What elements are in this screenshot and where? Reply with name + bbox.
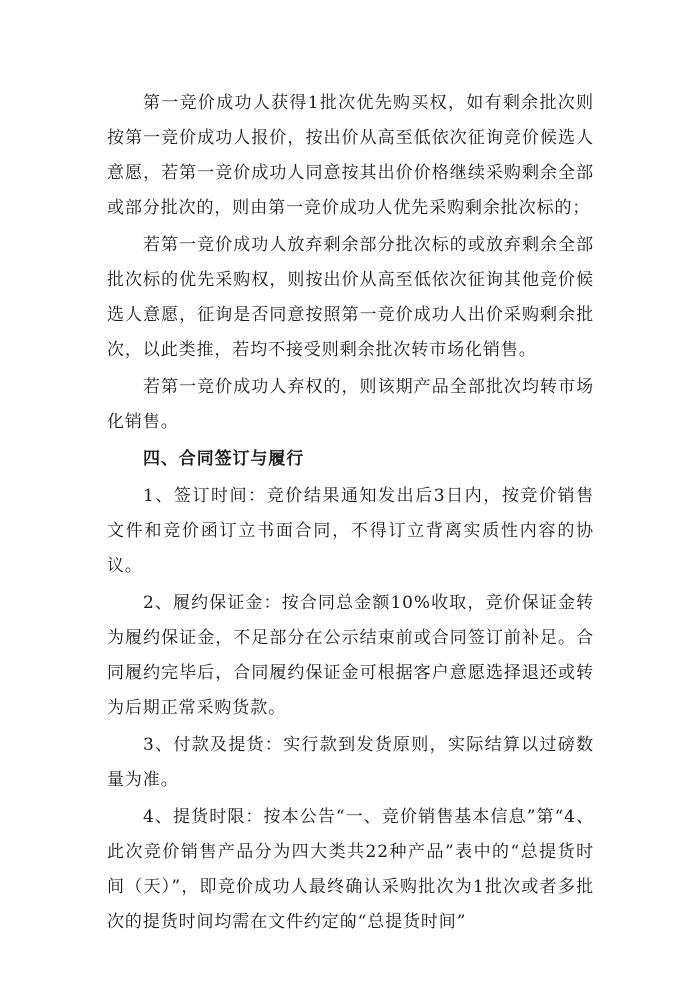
item-performance-bond: 2、履约保证金：按合同总金额10%收取，竞价保证金转为履约保证金，不足部分在公示… xyxy=(107,586,594,726)
page-number: 6 xyxy=(0,918,700,930)
section-heading-contract: 四、合同签订与履行 xyxy=(107,442,594,477)
paragraph-first-bidder-priority: 第一竞价成功人获得1批次优先购买权，如有剩余批次则按第一竞价成功人报价，按出价从… xyxy=(107,86,594,226)
paragraph-waive-remaining-batches: 若第一竞价成功人放弃剩余部分批次标的或放弃剩余全部批次标的优先采购权，则按出价从… xyxy=(107,228,594,368)
document-page: 第一竞价成功人获得1批次优先购买权，如有剩余批次则按第一竞价成功人报价，按出价从… xyxy=(0,0,700,990)
document-body: 第一竞价成功人获得1批次优先购买权，如有剩余批次则按第一竞价成功人报价，按出价从… xyxy=(107,86,594,942)
item-payment-delivery: 3、付款及提货：实行款到发货原则，实际结算以过磅数量为准。 xyxy=(107,728,594,798)
item-signing-time: 1、签订时间：竞价结果通知发出后3日内，按竞价销售文件和竞价函订立书面合同，不得… xyxy=(107,479,594,584)
paragraph-waive-all: 若第一竞价成功人弃权的，则该期产品全部批次均转市场化销售。 xyxy=(107,370,594,440)
